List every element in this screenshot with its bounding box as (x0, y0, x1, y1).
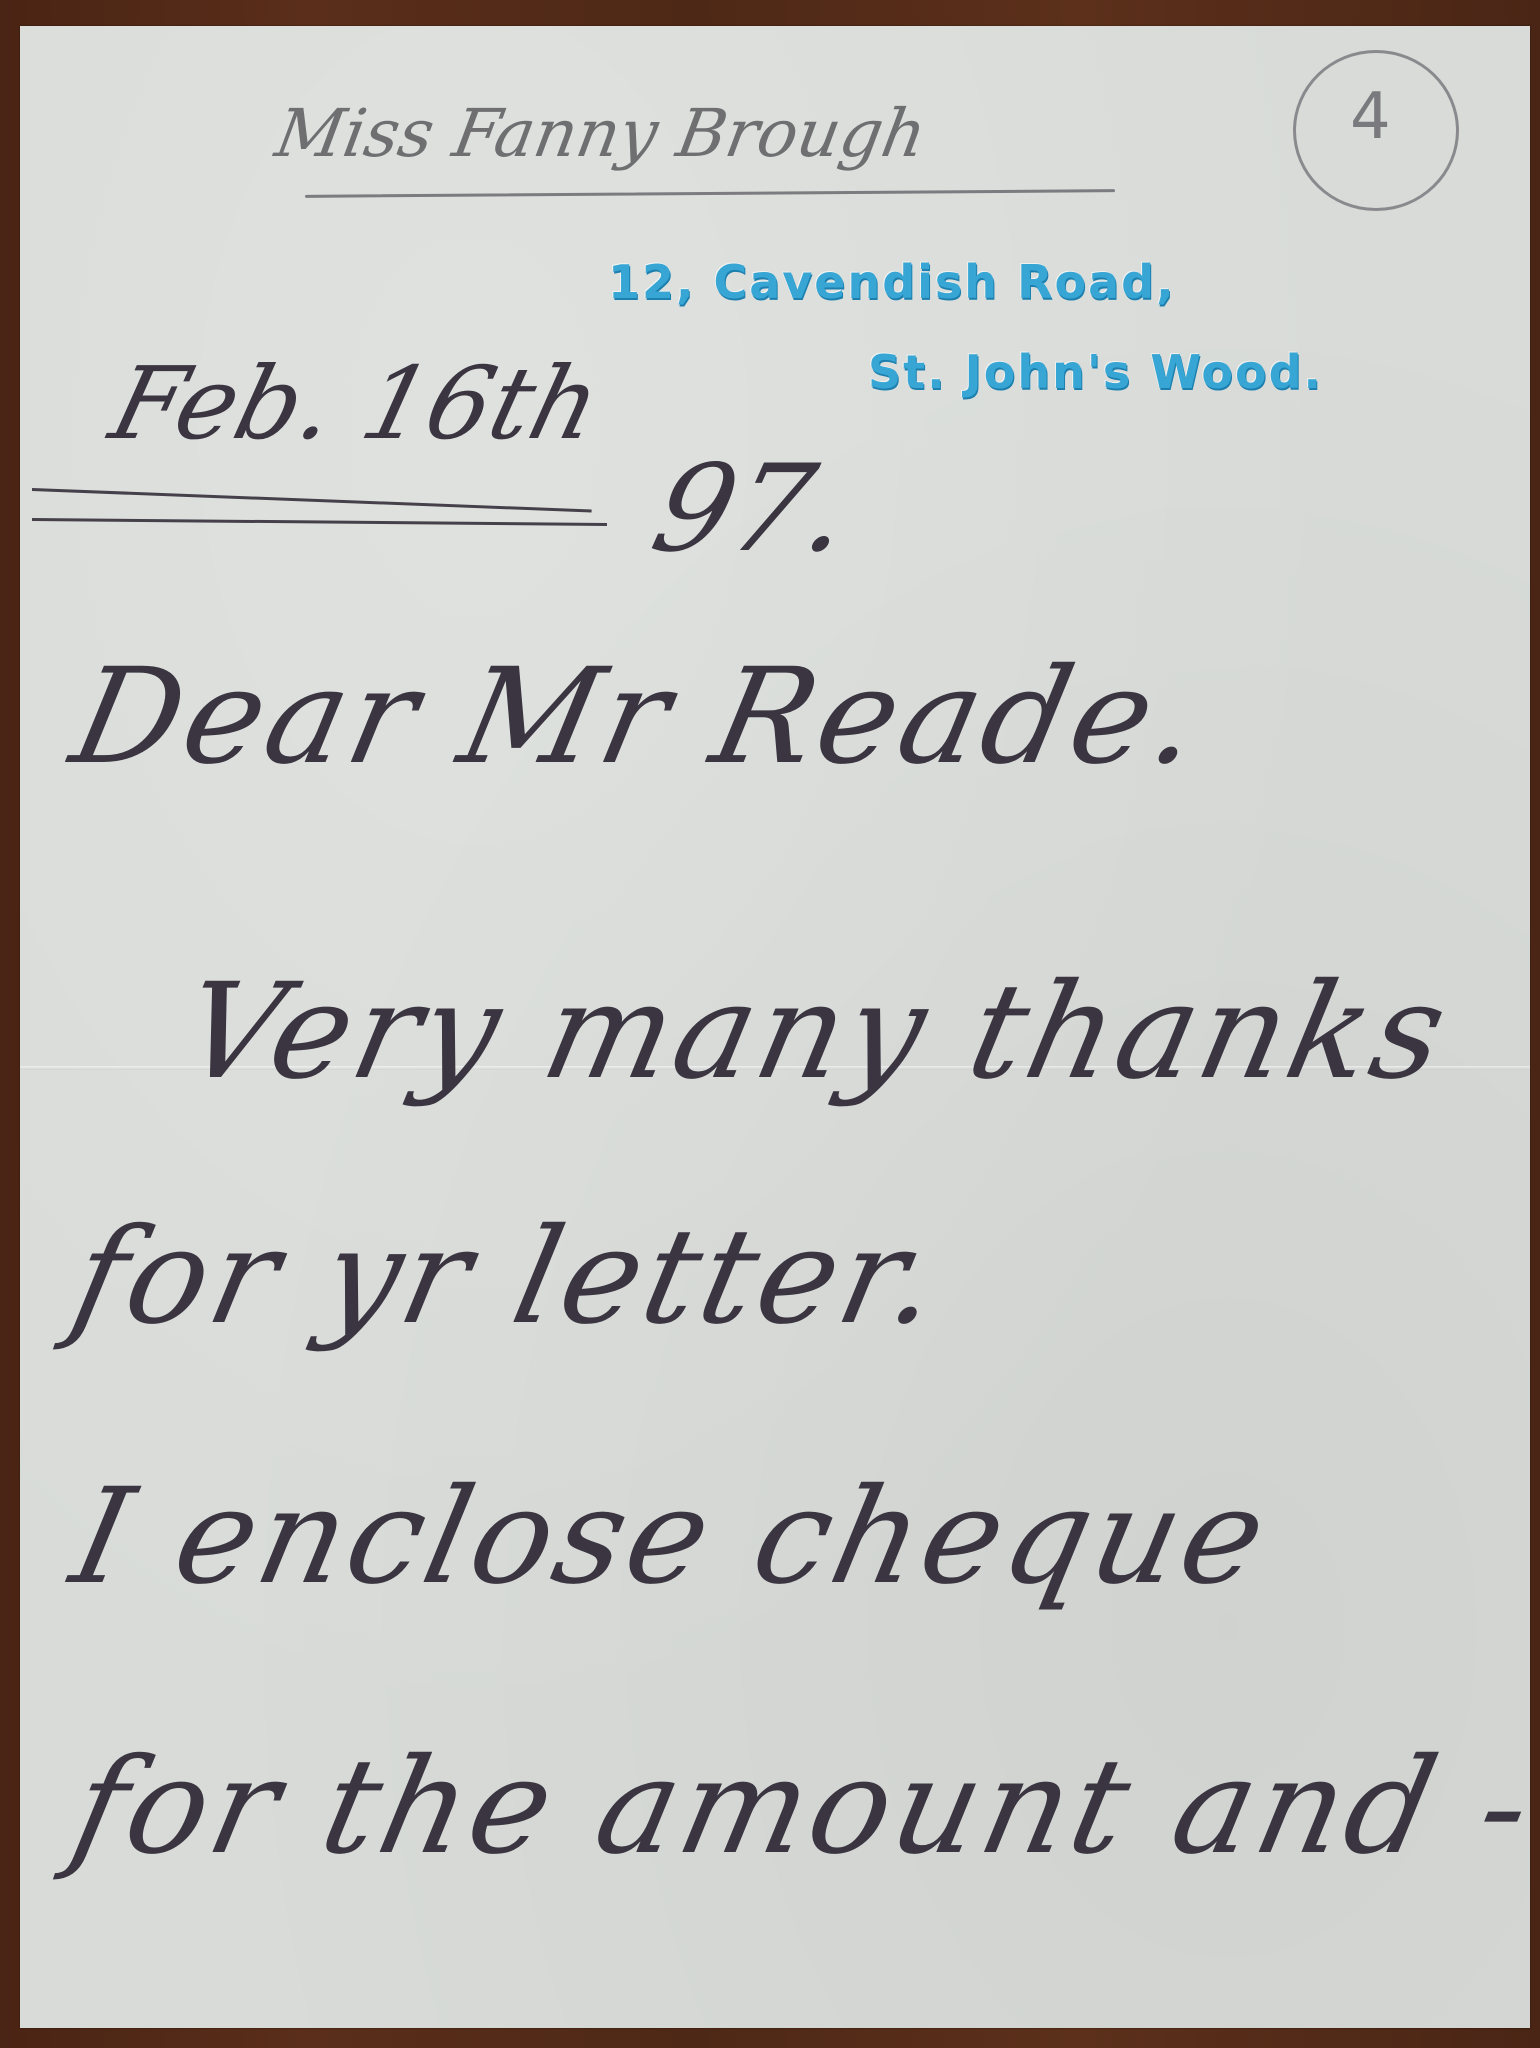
archival-name-note: Miss Fanny Brough (270, 95, 932, 172)
page-number: 4 (1350, 80, 1391, 154)
letter-date-day: Feb. 16th (100, 345, 612, 462)
letter-line: I enclose cheque (60, 1460, 1282, 1614)
letterhead-street: 12, Cavendish Road, (608, 255, 1176, 309)
letterhead-district: St. John's Wood. (868, 345, 1323, 399)
letter-line: for the amount and - (60, 1730, 1540, 1884)
letter-line: Very many thanks (170, 955, 1463, 1109)
letter-line: for yr letter. (60, 1200, 957, 1354)
letter-salutation: Dear Mr Reade. (60, 640, 1217, 794)
letter-date-year: 97. (640, 440, 866, 579)
